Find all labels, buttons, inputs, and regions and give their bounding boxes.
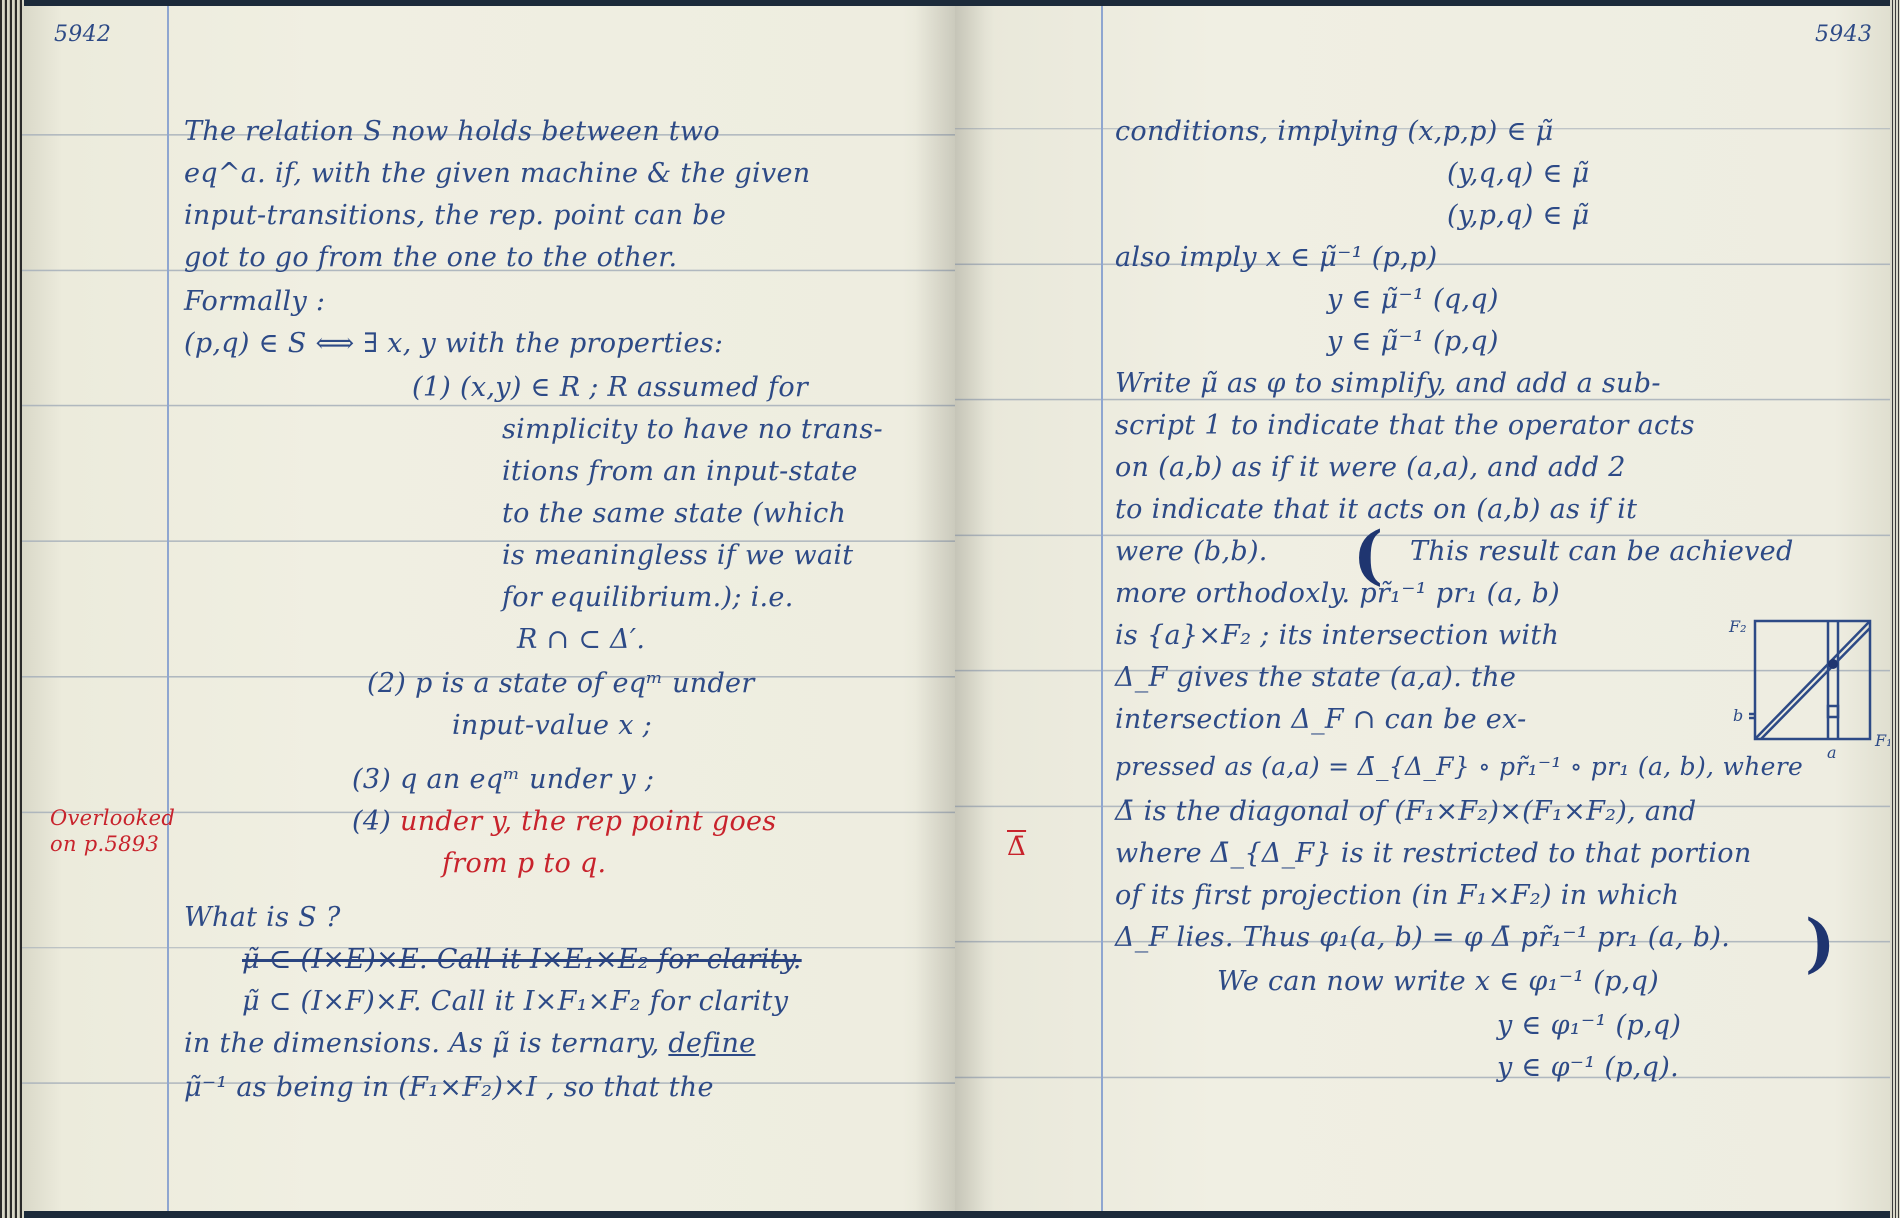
text-line: script 1 to indicate that the operator a… — [1115, 410, 1695, 441]
margin-rule — [167, 6, 169, 1211]
close-bracket: ) — [1805, 906, 1835, 981]
text-line: Δ̄ is the diagonal of (F₁×F₂)×(F₁×F₂), a… — [1115, 796, 1697, 827]
text-span: in the dimensions. As μ̃ is ternary, — [184, 1028, 668, 1059]
margin-delta-bar-icon: Δ̄ — [1007, 832, 1026, 862]
diagram-label-f2: F₂ — [1728, 617, 1747, 636]
text-line: Write μ̃ as φ to simplify, and add a sub… — [1115, 368, 1661, 399]
diagonal-diagram-icon: F₂ F₁ b a — [1725, 606, 1890, 766]
text-line: pressed as (a,a) = Δ̄_{Δ_F} ∘ pr̃₁⁻¹ ∘ p… — [1115, 752, 1803, 781]
text-line: (y,q,q) ∈ μ̃ — [1447, 158, 1589, 189]
text-line: itions from an input-state — [502, 456, 858, 487]
text-line: This result can be achieved — [1410, 536, 1794, 567]
text-line: input-transitions, the rep. point can be — [184, 200, 726, 231]
text-line: Δ_F lies. Thus φ₁(a, b) = φ Δ̄ pr̃₁⁻¹ pr… — [1115, 922, 1730, 953]
text-line: got to go from the one to the other. — [184, 242, 677, 273]
text-line: more orthodoxly. pr̃₁⁻¹ pr₁ (a, b) — [1115, 578, 1560, 609]
text-line: simplicity to have no trans- — [502, 414, 883, 445]
text-line: y ∈ φ₁⁻¹ (p,q) — [1497, 1010, 1681, 1041]
text-line: R ∩ ⊂ Δ′. — [517, 624, 645, 655]
gutter-shadow — [915, 6, 955, 1211]
text-line: of its first projection (in F₁×F₂) in wh… — [1115, 880, 1679, 911]
text-line: The relation S now holds between two — [184, 116, 720, 147]
text-line: (p,q) ∈ S ⟺ ∃ x, y with the properties: — [184, 328, 723, 359]
text-line: μ̃⁻¹ as being in (F₁×F₂)×I , so that the — [184, 1072, 714, 1103]
margin-note-line1: Overlooked — [50, 806, 175, 830]
question-heading: What is S ? — [184, 902, 341, 933]
text-line: intersection Δ_F ∩ can be ex- — [1115, 704, 1527, 735]
page-edges-right — [1890, 0, 1900, 1218]
notebook-spread: 5942 The relation S now holds between tw… — [0, 0, 1900, 1218]
text-line: is {a}×F₂ ; its intersection with — [1115, 620, 1559, 651]
text-line: y ∈ φ⁻¹ (p,q). — [1497, 1052, 1679, 1083]
right-page: 5943 conditions, implying (x,p,p) ∈ μ̃ (… — [955, 6, 1890, 1211]
text-line: y ∈ μ̃⁻¹ (q,q) — [1327, 284, 1499, 315]
underlined-word: define — [668, 1028, 755, 1059]
item-4-number: (4) — [352, 806, 391, 837]
text-line: We can now write x ∈ φ₁⁻¹ (p,q) — [1217, 966, 1659, 997]
text-line: (3) q an eqᵐ under y ; — [352, 764, 654, 795]
text-line: for equilibrium.); i.e. — [502, 582, 794, 613]
item-4-red-text: under y, the rep point goes — [400, 806, 776, 837]
text-line: (1) (x,y) ∈ R ; R assumed for — [412, 372, 808, 403]
text-line: y ∈ μ̃⁻¹ (p,q) — [1327, 326, 1499, 357]
margin-note-line2: on p.5893 — [50, 832, 159, 856]
text-line: (y,p,q) ∈ μ̃ — [1447, 200, 1589, 231]
margin-rule — [1101, 6, 1103, 1211]
text-line: also imply x ∈ μ̃⁻¹ (p,p) — [1115, 242, 1437, 273]
diagram-label-a: a — [1827, 743, 1837, 762]
text-line: μ̃ ⊂ (I×F)×F. Call it I×F₁×F₂ for clarit… — [242, 986, 788, 1017]
page-number: 5943 — [1815, 22, 1872, 47]
text-line: conditions, implying (x,p,p) ∈ μ̃ — [1115, 116, 1553, 147]
text-line: input-value x ; — [452, 710, 652, 741]
item-4: (4) under y, the rep point goes — [352, 806, 776, 837]
text-line: where Δ̄_{Δ_F} is it restricted to that … — [1115, 838, 1752, 869]
text-line: in the dimensions. As μ̃ is ternary, def… — [184, 1028, 755, 1059]
text-line: is meaningless if we wait — [502, 540, 853, 571]
page-edges-left — [0, 0, 24, 1218]
page-number: 5942 — [54, 22, 111, 47]
text-line: eq^a. if, with the given machine & the g… — [184, 158, 810, 189]
item-4-continuation: from p to q. — [442, 848, 606, 879]
gutter-shadow — [955, 6, 995, 1211]
text-line: (2) p is a state of eqᵐ under — [367, 668, 755, 699]
text-line: Δ_F gives the state (a,a). the — [1115, 662, 1516, 693]
text-line: Formally : — [184, 286, 325, 317]
struck-line: μ̃ ⊂ (I×E)×E. Call it I×E₁×E₂ for clarit… — [242, 944, 802, 975]
diagram-label-b: b — [1733, 706, 1743, 725]
left-page: 5942 The relation S now holds between tw… — [22, 6, 955, 1211]
text-line: to the same state (which — [502, 498, 846, 529]
text-line: on (a,b) as if it were (a,a), and add 2 — [1115, 452, 1626, 483]
text-line: were (b,b). — [1115, 536, 1268, 567]
diagram-label-f1: F₁ — [1874, 731, 1890, 750]
